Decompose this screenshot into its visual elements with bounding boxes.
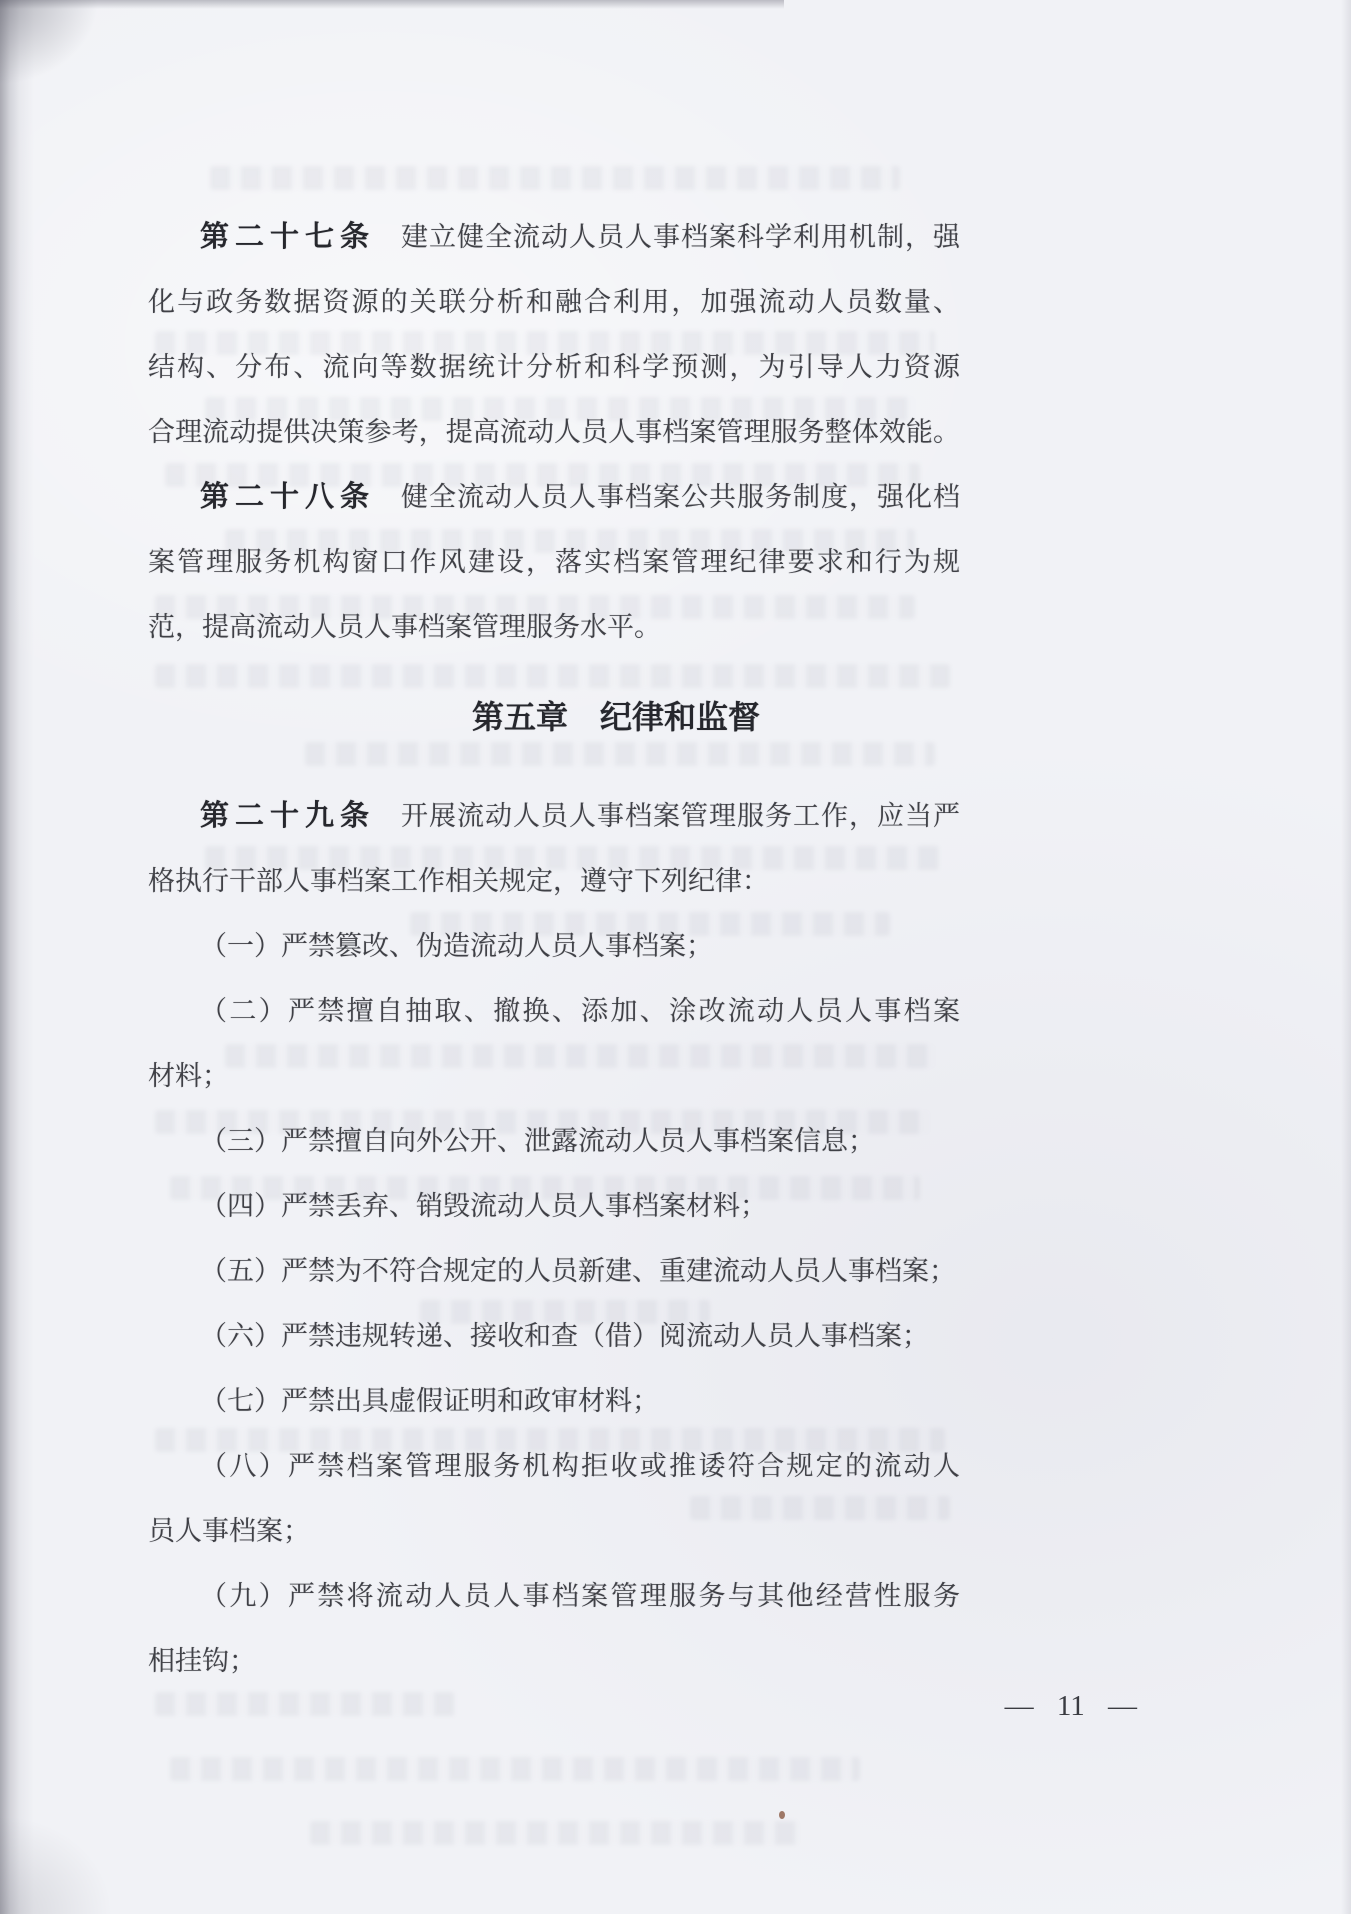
text-line: （六）严禁违规转递、接收和查（借）阅流动人员人事档案； bbox=[148, 1304, 960, 1369]
text-line: 第二十八条健全流动人员人事档案公共服务制度，强化档 bbox=[148, 465, 960, 530]
text-line: （五）严禁为不符合规定的人员新建、重建流动人员人事档案； bbox=[148, 1239, 960, 1304]
text-line: 材料； bbox=[148, 1044, 960, 1109]
text-line: 第二十七条建立健全流动人员人事档案科学利用机制，强 bbox=[148, 205, 960, 270]
discipline-item-5: （五）严禁为不符合规定的人员新建、重建流动人员人事档案； bbox=[148, 1239, 960, 1304]
discipline-item-2: （二）严禁擅自抽取、撤换、添加、涂改流动人员人事档案材料； bbox=[148, 979, 960, 1109]
text-line: 相挂钩； bbox=[148, 1629, 960, 1694]
text-line: （九）严禁将流动人员人事档案管理服务与其他经营性服务 bbox=[148, 1564, 960, 1629]
chapter-5-heading: 第五章 纪律和监督 bbox=[210, 685, 1022, 750]
text-line: （八）严禁档案管理服务机构拒收或推诿符合规定的流动人 bbox=[148, 1434, 960, 1499]
document-text: 第二十七条建立健全流动人员人事档案科学利用机制，强化与政务数据资源的关联分析和融… bbox=[148, 0, 960, 1694]
discipline-item-7: （七）严禁出具虚假证明和政审材料； bbox=[148, 1369, 960, 1434]
bleed-through-row bbox=[155, 1692, 455, 1716]
page-edge-shadow-right bbox=[1341, 0, 1351, 1914]
page-corner-shadow-bottomleft bbox=[0, 1764, 170, 1914]
text-line: （四）严禁丢弃、销毁流动人员人事档案材料； bbox=[148, 1174, 960, 1239]
scanned-document-page: 第二十七条建立健全流动人员人事档案科学利用机制，强化与政务数据资源的关联分析和融… bbox=[0, 0, 1351, 1914]
text-line: 结构、分布、流向等数据统计分析和科学预测，为引导人力资源 bbox=[148, 335, 960, 400]
text-line: 员人事档案； bbox=[148, 1499, 960, 1564]
page-corner-shadow-topleft bbox=[0, 0, 150, 130]
discipline-item-4: （四）严禁丢弃、销毁流动人员人事档案材料； bbox=[148, 1174, 960, 1239]
discipline-item-3: （三）严禁擅自向外公开、泄露流动人员人事档案信息； bbox=[148, 1109, 960, 1174]
text-line: 范，提高流动人员人事档案管理服务水平。 bbox=[148, 595, 960, 660]
page-number: — 11 — bbox=[1005, 1674, 1137, 1739]
bleed-through-row bbox=[310, 1821, 800, 1845]
text-line: 化与政务数据资源的关联分析和融合利用，加强流动人员数量、 bbox=[148, 270, 960, 335]
text-line: 案管理服务机构窗口作风建设，落实档案管理纪律要求和行为规 bbox=[148, 530, 960, 595]
text-line: 第二十九条开展流动人员人事档案管理服务工作，应当严 bbox=[148, 784, 960, 849]
article-29-intro: 第二十九条开展流动人员人事档案管理服务工作，应当严格执行干部人事档案工作相关规定… bbox=[148, 784, 960, 914]
text-line: 合理流动提供决策参考，提高流动人员人事档案管理服务整体效能。 bbox=[148, 400, 960, 465]
discipline-item-9: （九）严禁将流动人员人事档案管理服务与其他经营性服务相挂钩； bbox=[148, 1564, 960, 1694]
text-line: 格执行干部人事档案工作相关规定，遵守下列纪律： bbox=[148, 849, 960, 914]
bleed-through-row bbox=[170, 1757, 860, 1781]
discipline-item-1: （一）严禁篡改、伪造流动人员人事档案； bbox=[148, 914, 960, 979]
article-number: 第二十八条 bbox=[200, 481, 375, 513]
article-number: 第二十七条 bbox=[200, 221, 375, 253]
page-edge-shadow-left bbox=[0, 0, 34, 1914]
discipline-item-6: （六）严禁违规转递、接收和查（借）阅流动人员人事档案； bbox=[148, 1304, 960, 1369]
article-28: 第二十八条健全流动人员人事档案公共服务制度，强化档案管理服务机构窗口作风建设，落… bbox=[148, 465, 960, 660]
article-number: 第二十九条 bbox=[200, 800, 375, 832]
paper-speck bbox=[779, 1811, 785, 1819]
text-line: （一）严禁篡改、伪造流动人员人事档案； bbox=[148, 914, 960, 979]
text-line: （二）严禁擅自抽取、撤换、添加、涂改流动人员人事档案 bbox=[148, 979, 960, 1044]
article-27: 第二十七条建立健全流动人员人事档案科学利用机制，强化与政务数据资源的关联分析和融… bbox=[148, 205, 960, 465]
discipline-item-8: （八）严禁档案管理服务机构拒收或推诿符合规定的流动人员人事档案； bbox=[148, 1434, 960, 1564]
text-line: （三）严禁擅自向外公开、泄露流动人员人事档案信息； bbox=[148, 1109, 960, 1174]
text-line: （七）严禁出具虚假证明和政审材料； bbox=[148, 1369, 960, 1434]
